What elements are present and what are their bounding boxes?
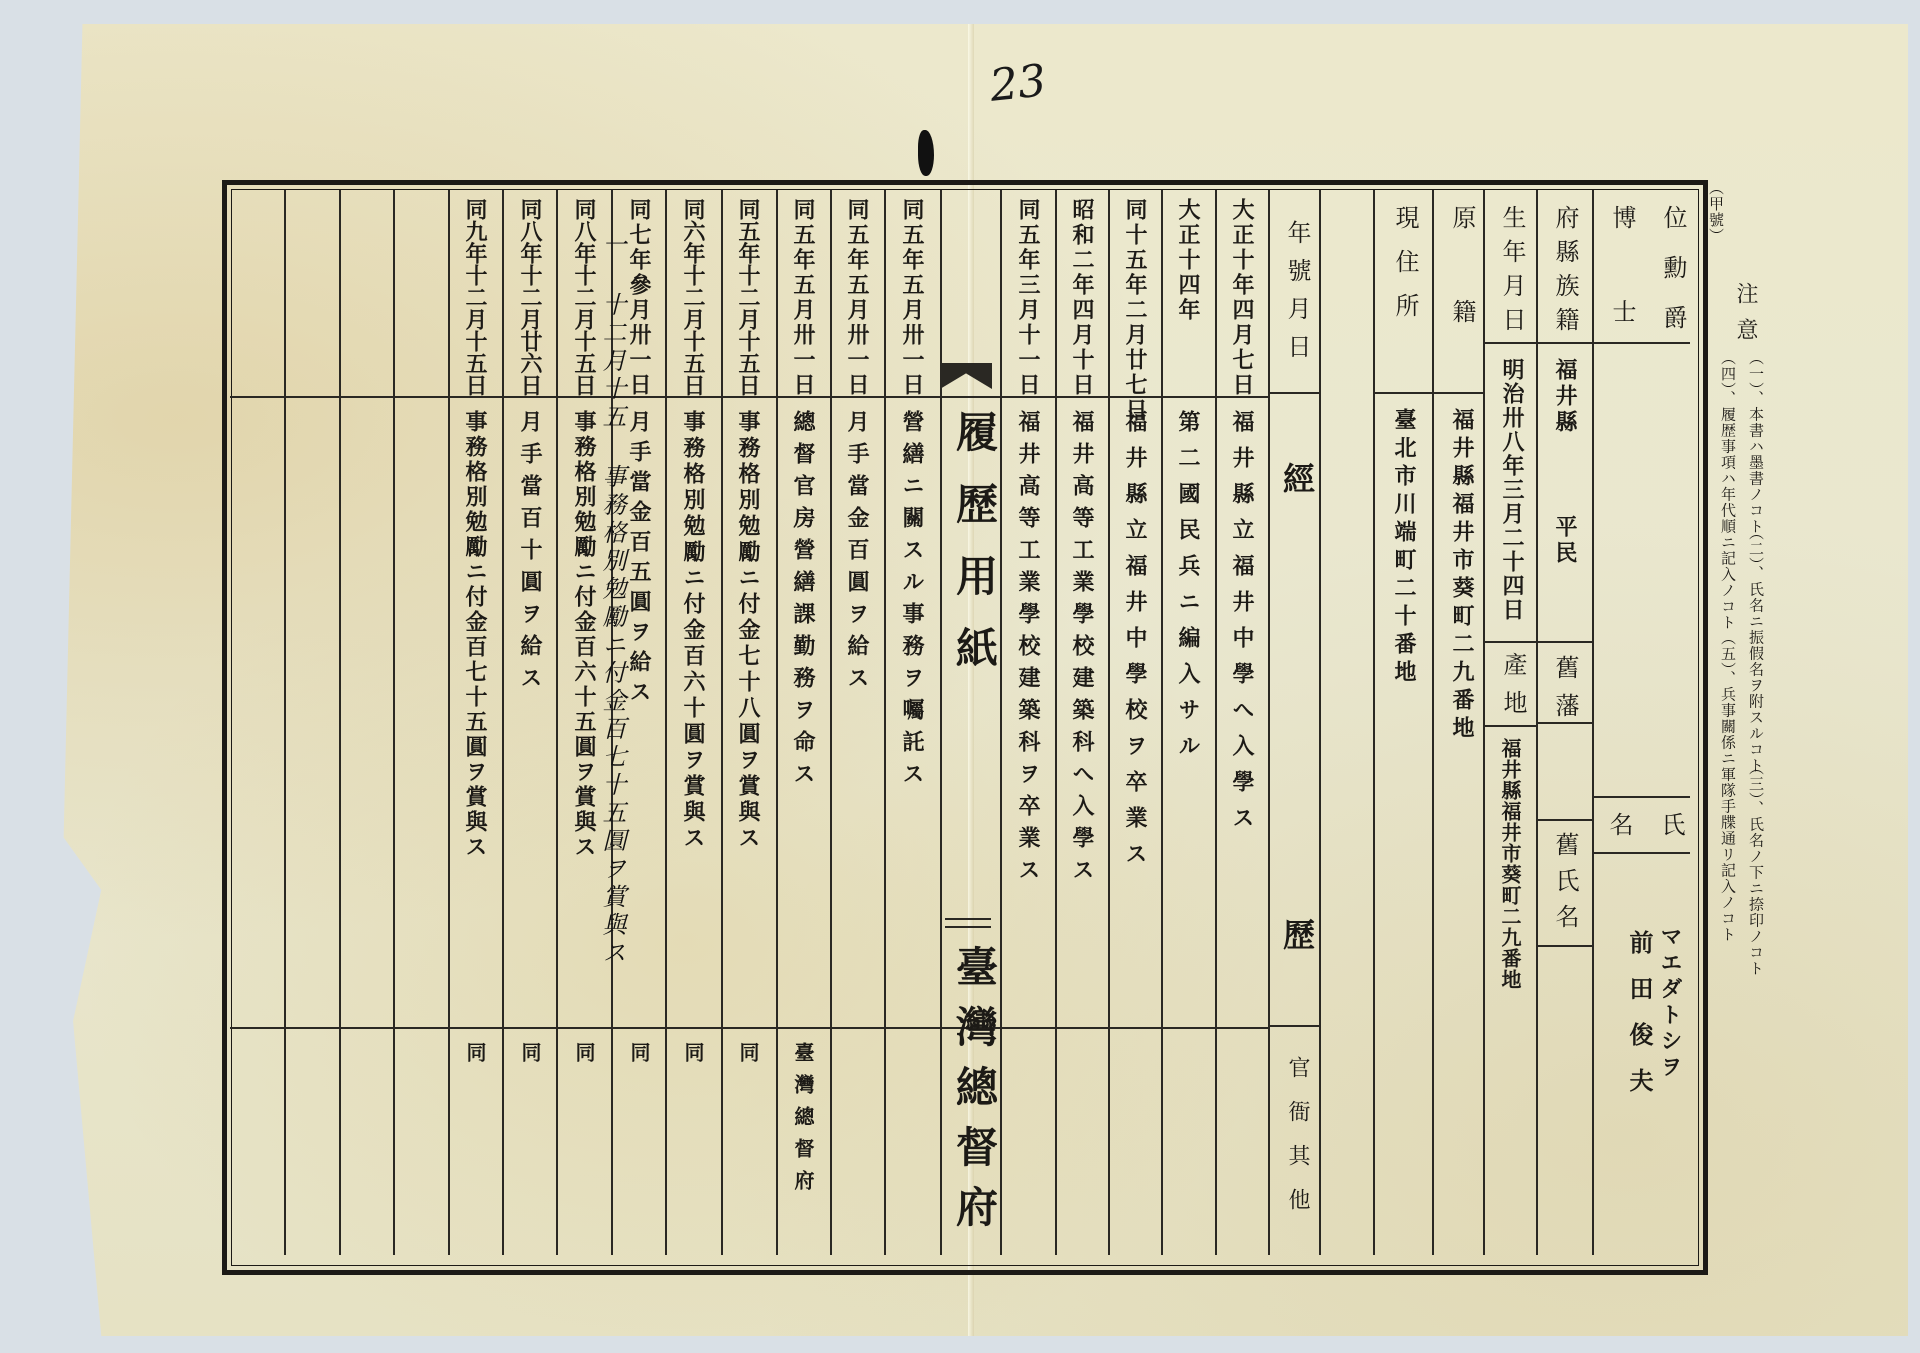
history-row-8-event: 事務格別勉勵ニ付金七十八圓ヲ賞與ス: [732, 410, 763, 852]
form-title: 履歷用紙: [944, 410, 1004, 698]
history-row-13-event: 事務格別勉勵ニ付金百七十五圓ヲ賞與ス: [459, 410, 490, 860]
history-row-4-date: 同五年三月十一日: [1012, 198, 1043, 398]
history-row-3-date: 昭和二年四月十日: [1066, 198, 1097, 398]
history-row-10-office: 同: [625, 1042, 654, 1065]
history-career-header-1: 經: [1274, 462, 1320, 494]
family-register-class: 平民: [1549, 515, 1580, 567]
history-row-7-date: 同五年五月卅一日: [787, 198, 818, 398]
history-row-6-date: 同五年五月卅一日: [841, 198, 872, 398]
history-row-2-date: 同十五年二月廿七日: [1119, 198, 1150, 423]
history-row-12-event: 月手當百十圓ヲ給ス: [514, 410, 545, 698]
history-row-0-date: 大正十年四月七日: [1226, 198, 1257, 398]
origin-label: 原籍: [1445, 205, 1480, 393]
note-5: （五）、兵事關係ニ軍隊手牒通リ記入ノコト: [1718, 630, 1739, 943]
history-row-8-date: 同五年十二月十五日: [732, 198, 763, 396]
history-row-5-date: 同五年五月卅一日: [896, 198, 927, 398]
history-row-6-event: 月手當金百圓ヲ給ス: [841, 410, 872, 698]
history-row-4-event: 福井高等工業學校建築科ヲ卒業ス: [1012, 410, 1043, 890]
history-row-9-date: 同六年十二月十五日: [677, 198, 708, 396]
old-name-label: 舊氏名: [1548, 832, 1583, 940]
name-furigana: マエダトシヲ: [1654, 925, 1685, 1081]
history-row-1-date: 大正十四年: [1172, 198, 1203, 323]
history-row-9-event: 事務格別勉勵ニ付金百六十圓ヲ賞與ス: [677, 410, 708, 852]
history-row-7-event: 總督官房營繕課勤務ヲ命ス: [787, 410, 818, 794]
current-address-label: 現住所: [1388, 205, 1423, 337]
birth-date-value: 明治卅八年三月二十四日: [1496, 358, 1527, 622]
birthplace-label: 產地: [1496, 652, 1531, 728]
handwritten-annotation: 一 十二月十五 事務格別勉勵ニ付金百七十五圓ヲ賞與ス: [595, 232, 630, 968]
history-row-1-event: 第二國民兵ニ編入サル: [1172, 410, 1203, 770]
history-row-13-office: 同: [461, 1042, 490, 1065]
doctorate-label: 博士: [1605, 205, 1640, 393]
name-label-2: 名: [1602, 812, 1637, 846]
history-row-12-office: 同: [516, 1042, 545, 1065]
history-row-3-event: 福井高等工業學校建築科へ入學ス: [1066, 410, 1097, 890]
history-row-9-office: 同: [679, 1042, 708, 1065]
history-career-header-2: 歷: [1274, 918, 1320, 950]
history-row-5-event: 營繕ニ關スル事務ヲ囑託ス: [896, 410, 927, 794]
old-domain-label: 舊藩: [1548, 655, 1583, 731]
name-label-1: 氏: [1654, 812, 1689, 846]
current-address-value: 臺北市川端町二十番地: [1388, 408, 1419, 688]
history-office-header: 官衙其他: [1282, 1056, 1313, 1232]
title-divider: [945, 918, 991, 928]
name-value: 前田俊夫: [1622, 930, 1657, 1114]
history-row-12-date: 同八年十二月廿六日: [514, 198, 545, 396]
note-2: （二）、氏名ニ振假名ヲ附スルコト: [1746, 525, 1767, 774]
history-row-7-office: 臺灣總督府: [789, 1042, 818, 1202]
history-row-2-event: 福井縣立福井中學校ヲ卒業ス: [1119, 410, 1150, 878]
history-row-13-date: 同九年十二月十五日: [459, 198, 490, 396]
history-date-header: 年號月日: [1280, 220, 1315, 372]
history-row-0-event: 福井縣立福井中學へ入學ス: [1226, 410, 1257, 842]
birth-date-label: 生年月日: [1495, 205, 1530, 341]
family-register-pref: 福井縣: [1549, 358, 1580, 436]
history-row-11-office: 同: [570, 1042, 599, 1065]
notes-heading: 注意: [1730, 282, 1761, 354]
history-row-11-event: 事務格別勉勵ニ付金百六十五圓ヲ賞與ス: [568, 410, 599, 860]
note-1: （一）、本書ハ墨書ノコト: [1746, 350, 1767, 535]
form-issuer: 臺灣總督府: [944, 945, 1004, 1245]
handwritten-page-number: 23: [987, 55, 1048, 112]
birthplace-value: 福井縣福井市葵町二九番地: [1496, 738, 1525, 990]
ink-blot: [918, 130, 934, 176]
rank-label: 位勳爵: [1656, 205, 1691, 355]
note-3: （三）、氏名ノ下ニ捺印ノコト: [1746, 760, 1767, 977]
note-4: （四）、履歴事項ハ年代順ニ記入ノコト: [1718, 350, 1739, 631]
family-register-label: 府縣族籍: [1548, 205, 1583, 341]
form-type-label: （甲號）: [1706, 180, 1727, 244]
history-row-11-date: 同八年十二月十五日: [568, 198, 599, 396]
history-row-8-office: 同: [734, 1042, 763, 1065]
origin-value: 福井縣福井市葵町二九番地: [1446, 408, 1477, 744]
